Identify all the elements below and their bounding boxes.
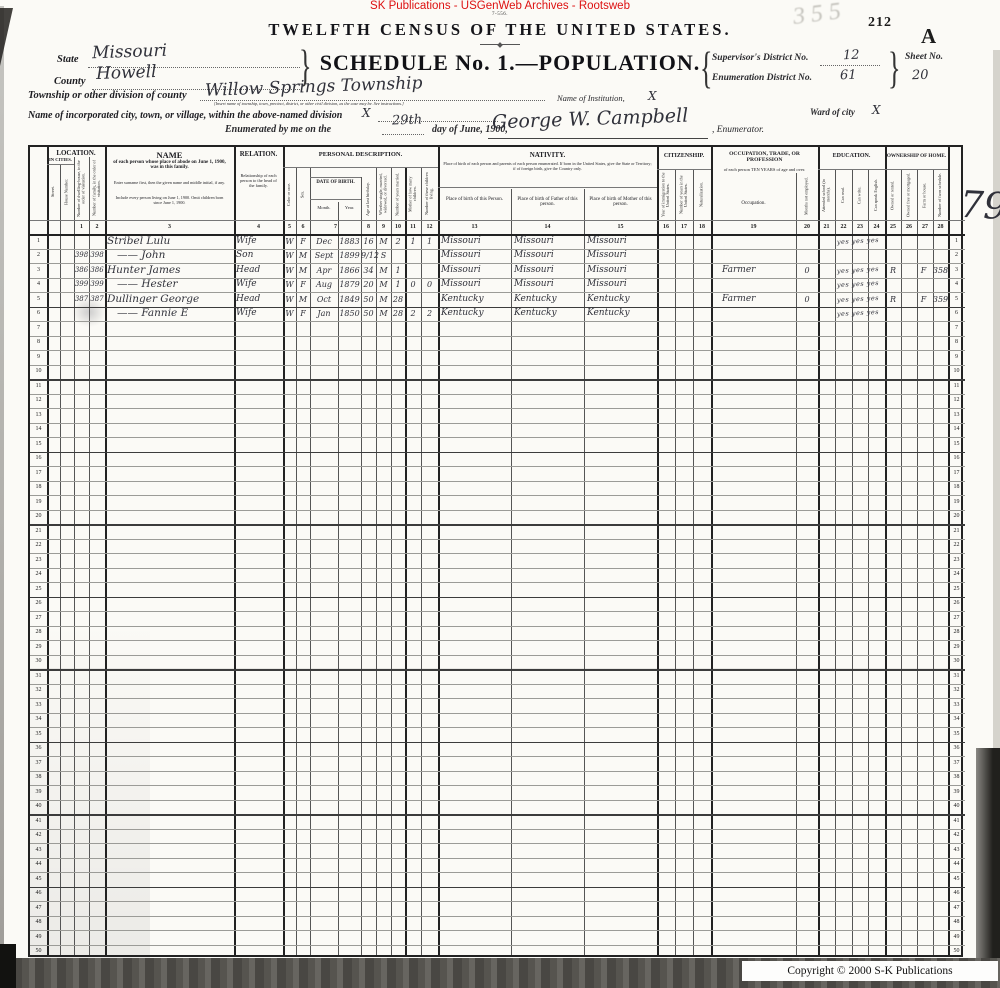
title-ornament — [480, 44, 520, 45]
column-number-years_us: 17 — [675, 221, 693, 233]
record-farm_schedule: 359 — [927, 293, 954, 306]
row-number-right: 22 — [948, 542, 965, 548]
scan-edge-right — [993, 50, 1000, 755]
row-number-right: 49 — [948, 934, 965, 940]
row-number-left: 8 — [30, 339, 47, 345]
column-number-age: 8 — [361, 221, 376, 233]
row-number-left: 48 — [30, 919, 47, 925]
row-number-left: 26 — [30, 600, 47, 606]
row-line — [30, 742, 965, 744]
row-line — [30, 611, 965, 612]
row-number-right: 31 — [948, 673, 965, 679]
row-number-right: 6 — [948, 310, 965, 316]
record-birthplace: Missouri — [441, 278, 511, 291]
row-number-right: 41 — [948, 818, 965, 824]
row-number-left: 7 — [30, 325, 47, 331]
state-label: State — [57, 54, 79, 65]
row-line — [30, 698, 965, 699]
record-birthplace: Kentucky — [441, 293, 511, 306]
state-value: Missouri — [92, 41, 168, 64]
record-relation: Head — [236, 264, 283, 277]
row-number-left: 17 — [30, 470, 47, 476]
record-children_living: 2 — [421, 307, 438, 320]
record-age: 34 — [361, 264, 376, 277]
grid-vline — [584, 189, 585, 955]
column-label-owned_rented: Owned or rented. — [885, 171, 901, 219]
row-number-right: 1 — [948, 238, 965, 244]
column-label-mother_of: Mother of how many children. — [405, 169, 421, 219]
record-mother_birthplace: Missouri — [587, 235, 657, 248]
column-number-months_not_employed: 20 — [796, 221, 818, 233]
row-number-left: 24 — [30, 571, 47, 577]
record-color: W — [283, 264, 296, 277]
column-number-marital: 9 — [376, 221, 391, 233]
row-number-left: 15 — [30, 441, 47, 447]
record-owned_or_rented: R — [885, 264, 901, 277]
year-column-label: Year. — [338, 205, 361, 210]
row-number-left: 37 — [30, 760, 47, 766]
column-number-family: 2 — [89, 221, 105, 233]
form-number: 7-556. — [0, 12, 1000, 17]
row-number-left: 49 — [30, 934, 47, 940]
row-line — [30, 568, 965, 569]
township-value: Willow Springs Township — [205, 73, 423, 101]
nativity-desc: Place of birth of each person and parent… — [442, 161, 653, 171]
row-number-right: 47 — [948, 905, 965, 911]
supervisor-district-label: Supervisor's District No. — [712, 53, 808, 63]
row-number-left: 32 — [30, 687, 47, 693]
record-color: W — [283, 249, 296, 262]
grid-hline — [283, 167, 438, 168]
row-number-right: 48 — [948, 919, 965, 925]
row-line — [30, 771, 965, 772]
record-marital: M — [376, 293, 391, 306]
row-number-left: 9 — [30, 354, 47, 360]
record-farm_schedule: 358 — [927, 264, 954, 277]
record-mother_birthplace: Missouri — [587, 278, 657, 291]
column-label-can_speak_english: Can speak English. — [868, 171, 885, 219]
row-number-left: 21 — [30, 528, 47, 534]
record-color: W — [283, 235, 296, 248]
county-label: County — [54, 76, 86, 87]
enumerator-signature: George W. Campbell — [492, 105, 689, 134]
row-number-right: 21 — [948, 528, 965, 534]
row-number-right: 29 — [948, 644, 965, 650]
row-line — [30, 829, 965, 830]
township-note: [Insert name of township, town, precinct… — [214, 101, 404, 106]
row-line — [30, 597, 965, 599]
row-number-right: 50 — [948, 948, 965, 954]
column-label-farm_schedule: Number of farm schedule. — [933, 171, 948, 219]
row-line — [30, 843, 965, 844]
record-family: 398 — [88, 249, 106, 262]
record-sex: M — [296, 264, 310, 277]
row-number-right: 45 — [948, 876, 965, 882]
row-number-right: 24 — [948, 571, 965, 577]
row-line — [30, 901, 965, 902]
row-number-left: 38 — [30, 774, 47, 780]
row-line — [30, 350, 965, 351]
district-brace-close: } — [888, 44, 900, 95]
record-birth_month: Apr — [310, 264, 338, 277]
column-label-street: Street. — [47, 165, 60, 219]
record-relation: Son — [236, 249, 283, 262]
record-birth_year: 1899 — [335, 249, 364, 262]
record-age: 50 — [361, 307, 376, 320]
name-header: NAME — [105, 150, 234, 160]
row-number-right: 35 — [948, 731, 965, 737]
record-relation: Wife — [236, 235, 283, 248]
record-years_married: 1 — [391, 264, 405, 277]
record-years_married: 28 — [391, 307, 405, 320]
record-family: 387 — [88, 293, 106, 306]
record-birth_year: 1849 — [335, 293, 364, 306]
column-number-pob: 13 — [438, 221, 511, 233]
column-number-farm_house: 27 — [917, 221, 933, 233]
record-months_not_employed: 0 — [796, 293, 818, 306]
record-family: 399 — [88, 278, 106, 291]
record-children_living: 1 — [421, 235, 438, 248]
record-age: 9/12 — [361, 249, 376, 262]
column-number-owned_rented: 25 — [885, 221, 901, 233]
record-father_birthplace: Kentucky — [514, 307, 584, 320]
row-line — [30, 669, 965, 671]
location-header: LOCATION. — [47, 149, 105, 157]
record-sex: M — [296, 293, 310, 306]
row-number-right: 39 — [948, 789, 965, 795]
row-line — [30, 437, 965, 438]
row-number-right: 14 — [948, 426, 965, 432]
month-column-label: Month. — [310, 205, 338, 210]
row-line — [30, 655, 965, 656]
row-number-right: 19 — [948, 499, 965, 505]
row-number-right: 43 — [948, 847, 965, 853]
record-age: 50 — [361, 293, 376, 306]
column-number-naturalization: 18 — [693, 221, 711, 233]
column-number-can_read: 22 — [835, 221, 852, 233]
row-number-right: 25 — [948, 586, 965, 592]
record-birth_month: Sept — [310, 249, 338, 262]
grid-vline — [47, 147, 49, 955]
record-father_birthplace: Missouri — [514, 264, 584, 277]
occupation-header: OCCUPATION, TRADE, OR PROFESSION — [714, 151, 815, 163]
relation-header: RELATION. — [234, 151, 283, 158]
record-name: Stribel Lulu — [107, 235, 234, 248]
in-cities-header: IN CITIES. — [47, 157, 74, 162]
row-line — [30, 495, 965, 496]
margin-note-79: 79 — [959, 183, 1000, 228]
column-label-farm_house: Farm or house. — [917, 171, 933, 219]
row-number-left: 46 — [30, 890, 47, 896]
record-birthplace: Missouri — [441, 249, 511, 262]
row-line — [30, 553, 965, 554]
sheet-no-label: Sheet No. — [905, 52, 943, 62]
date-of-birth-header: DATE OF BIRTH. — [310, 180, 361, 185]
record-education: yes yes yes — [826, 276, 891, 292]
row-number-left: 31 — [30, 673, 47, 679]
page-number: 212 — [868, 15, 892, 31]
row-number-left: 33 — [30, 702, 47, 708]
record-color: W — [283, 278, 296, 291]
row-number-left: 47 — [30, 905, 47, 911]
occupation-column-label: Occupation. — [711, 201, 796, 206]
row-number-left: 18 — [30, 484, 47, 490]
row-line — [30, 582, 965, 583]
enumerator-suffix: , Enumerator. — [712, 125, 764, 135]
row-number-right: 42 — [948, 832, 965, 838]
row-line — [30, 336, 965, 337]
pob-mother-header: Place of birth of Mother of this person. — [589, 197, 652, 207]
archive-banner: SK Publications - USGenWeb Archives - Ro… — [0, 0, 1000, 12]
row-line — [30, 640, 965, 641]
row-number-right: 8 — [948, 339, 965, 345]
census-scan-page: SK Publications - USGenWeb Archives - Ro… — [0, 0, 1000, 988]
row-line — [30, 713, 965, 714]
scan-edge-left — [0, 6, 4, 950]
education-header: EDUCATION. — [818, 153, 885, 159]
column-number-relation: 4 — [234, 221, 283, 233]
row-line — [30, 321, 965, 322]
row-number-right: 37 — [948, 760, 965, 766]
record-months_not_employed: 0 — [796, 264, 818, 277]
record-sex: F — [296, 278, 310, 291]
record-relation: Head — [236, 293, 283, 306]
pob-father-header: Place of birth of Father of this person. — [516, 197, 579, 207]
row-number-left: 36 — [30, 745, 47, 751]
row-line — [30, 872, 965, 873]
row-line — [30, 452, 965, 454]
row-number-right: 40 — [948, 803, 965, 809]
page-letter: A — [921, 24, 936, 49]
record-years_married: 2 — [391, 235, 405, 248]
row-line — [30, 887, 965, 889]
supervisor-district-value: 12 — [843, 48, 860, 64]
city-value: X — [362, 106, 371, 120]
record-mother_birthplace: Missouri — [587, 249, 657, 262]
record-education: yes yes yes — [826, 305, 891, 321]
record-sex: F — [296, 307, 310, 320]
column-label-attended_school: Attended school (in months). — [818, 171, 835, 219]
row-line — [30, 800, 965, 801]
column-label-months_not_employed: Months not employed. — [796, 174, 818, 219]
column-number-can_write: 23 — [852, 221, 868, 233]
row-number-right: 13 — [948, 412, 965, 418]
row-number-left: 13 — [30, 412, 47, 418]
grid-vline — [796, 173, 797, 955]
row-number-right: 9 — [948, 354, 965, 360]
column-number-years_married: 10 — [391, 221, 405, 233]
record-birth_year: 1883 — [335, 235, 364, 248]
row-number-left: 27 — [30, 615, 47, 621]
record-marital: M — [376, 264, 391, 277]
row-number-right: 16 — [948, 455, 965, 461]
grid-hline — [657, 169, 711, 170]
record-name: —— Fannie E — [107, 307, 244, 320]
row-line — [30, 814, 965, 816]
grid-vline — [917, 169, 918, 955]
column-label-house: House Number. — [60, 165, 74, 219]
city-label: Name of incorporated city, town, or vill… — [28, 110, 342, 121]
row-number-left: 5 — [30, 296, 47, 302]
row-number-right: 33 — [948, 702, 965, 708]
row-line — [30, 539, 965, 540]
township-label: Township or other division of county — [28, 90, 187, 101]
row-number-left: 11 — [30, 383, 47, 389]
grid-vline — [675, 169, 676, 955]
record-education: yes yes yes — [826, 262, 891, 278]
row-number-left: 2 — [30, 252, 47, 258]
grid-vline — [818, 147, 820, 955]
supervisor-rule — [820, 64, 880, 66]
row-number-left: 44 — [30, 861, 47, 867]
row-number-right: 7 — [948, 325, 965, 331]
column-number-pob_mother: 15 — [584, 221, 657, 233]
nativity-header: NATIVITY. — [438, 151, 657, 159]
row-number-left: 14 — [30, 426, 47, 432]
record-sex: M — [296, 249, 310, 262]
grid-vline — [711, 147, 713, 955]
record-birth_month: Oct — [310, 293, 338, 306]
ward-value: X — [872, 103, 881, 117]
record-color: W — [283, 293, 296, 306]
row-number-left: 43 — [30, 847, 47, 853]
grid-vline — [933, 169, 934, 955]
column-number-immigration: 16 — [657, 221, 675, 233]
row-number-left: 3 — [30, 267, 47, 273]
column-number-mother_of: 11 — [405, 221, 421, 233]
sheet-no-value: 20 — [912, 68, 929, 84]
row-number-left: 16 — [30, 455, 47, 461]
row-number-right: 32 — [948, 687, 965, 693]
row-number-right: 23 — [948, 557, 965, 563]
grid-vline — [693, 169, 694, 955]
column-number-can_speak_english: 24 — [868, 221, 885, 233]
row-number-left: 45 — [30, 876, 47, 882]
occupation-desc: of each person TEN YEARS of age and over… — [718, 167, 811, 172]
row-number-left: 50 — [30, 948, 47, 954]
record-birth_month: Aug — [310, 278, 338, 291]
row-number-left: 23 — [30, 557, 47, 563]
row-number-right: 12 — [948, 397, 965, 403]
record-color: W — [283, 307, 296, 320]
column-label-age: Age at last birthday. — [361, 179, 376, 219]
row-number-left: 1 — [30, 238, 47, 244]
record-marital: M — [376, 278, 391, 291]
row-line — [30, 858, 965, 859]
row-number-right: 10 — [948, 368, 965, 374]
row-line — [30, 365, 965, 366]
column-label-children_living: Number of these children living. — [421, 169, 438, 219]
record-name: —— Hester — [107, 278, 244, 291]
column-number-color: 5 — [283, 221, 296, 233]
row-number-left: 35 — [30, 731, 47, 737]
column-label-family: Number of family, in the order of visita… — [89, 158, 105, 219]
column-number-name: 3 — [105, 221, 234, 233]
row-line — [30, 930, 965, 931]
row-number-right: 44 — [948, 861, 965, 867]
record-education: yes yes yes — [826, 233, 891, 249]
column-label-dwelling: Number of dwelling-house, in the order o… — [74, 158, 89, 219]
grid-hline — [310, 199, 361, 200]
ward-label: Ward of city — [810, 107, 855, 117]
record-marital: S — [376, 249, 391, 262]
pob-person-header: Place of birth of this Person. — [443, 197, 506, 202]
row-number-left: 41 — [30, 818, 47, 824]
record-mother_of: 1 — [405, 235, 421, 248]
scan-edge-right-band — [976, 748, 1000, 962]
grid-hline — [438, 187, 657, 188]
ownership-header: OWNERSHIP OF HOME. — [885, 153, 948, 159]
row-line — [30, 727, 965, 728]
record-father_birthplace: Kentucky — [514, 293, 584, 306]
personal-description-header: PERSONAL DESCRIPTION. — [283, 151, 438, 158]
row-line — [30, 481, 965, 482]
row-number-left: 12 — [30, 397, 47, 403]
schedule-title: SCHEDULE No. 1.—POPULATION. — [300, 50, 720, 76]
district-brace-open: { — [700, 44, 712, 95]
column-number-owned_free: 26 — [901, 221, 917, 233]
record-relation: Wife — [236, 278, 283, 291]
name-note-2: Include every person living on June 1, 1… — [111, 195, 228, 205]
column-number-farm_schedule: 28 — [933, 221, 948, 233]
record-birthplace: Missouri — [441, 235, 511, 248]
record-mother_birthplace: Kentucky — [587, 307, 657, 320]
record-marital: M — [376, 235, 391, 248]
signature-rule — [488, 137, 708, 139]
column-number-children_living: 12 — [421, 221, 438, 233]
record-father_birthplace: Missouri — [514, 249, 584, 262]
record-owned_or_rented: R — [885, 293, 901, 306]
row-number-right: 27 — [948, 615, 965, 621]
row-line — [30, 945, 965, 946]
column-number-pob_father: 14 — [511, 221, 584, 233]
row-number-left: 22 — [30, 542, 47, 548]
scan-edge-bottom-left — [0, 944, 16, 988]
row-number-right: 4 — [948, 281, 965, 287]
record-father_birthplace: Missouri — [514, 278, 584, 291]
row-number-right: 34 — [948, 716, 965, 722]
row-number-left: 29 — [30, 644, 47, 650]
row-line — [30, 626, 965, 627]
record-name: Hunter James — [107, 264, 234, 277]
row-number-right: 2 — [948, 252, 965, 258]
row-line — [30, 510, 965, 511]
enumerated-day-rule — [382, 133, 424, 135]
record-name: Dullinger George — [107, 293, 234, 306]
column-label-can_read: Can read. — [835, 171, 852, 219]
enumeration-district-value: 61 — [840, 68, 857, 84]
grid-vline — [438, 147, 440, 955]
column-label-years_married: Number of years married. — [391, 169, 405, 219]
row-line — [30, 785, 965, 786]
grid-vline — [60, 164, 61, 955]
row-number-right: 20 — [948, 513, 965, 519]
record-marital: M — [376, 307, 391, 320]
record-age: 20 — [361, 278, 376, 291]
row-number-right: 36 — [948, 745, 965, 751]
row-number-right: 11 — [948, 383, 965, 389]
record-years_married: 1 — [391, 278, 405, 291]
column-number-occupation: 19 — [711, 221, 796, 233]
column-number-sex: 6 — [296, 221, 310, 233]
institution-label: Name of Institution, — [557, 93, 625, 103]
column-number-attended_school: 21 — [818, 221, 835, 233]
row-number-right: 15 — [948, 441, 965, 447]
row-number-right: 28 — [948, 629, 965, 635]
row-number-right: 18 — [948, 484, 965, 490]
record-birth_year: 1866 — [335, 264, 364, 277]
record-sex: F — [296, 235, 310, 248]
